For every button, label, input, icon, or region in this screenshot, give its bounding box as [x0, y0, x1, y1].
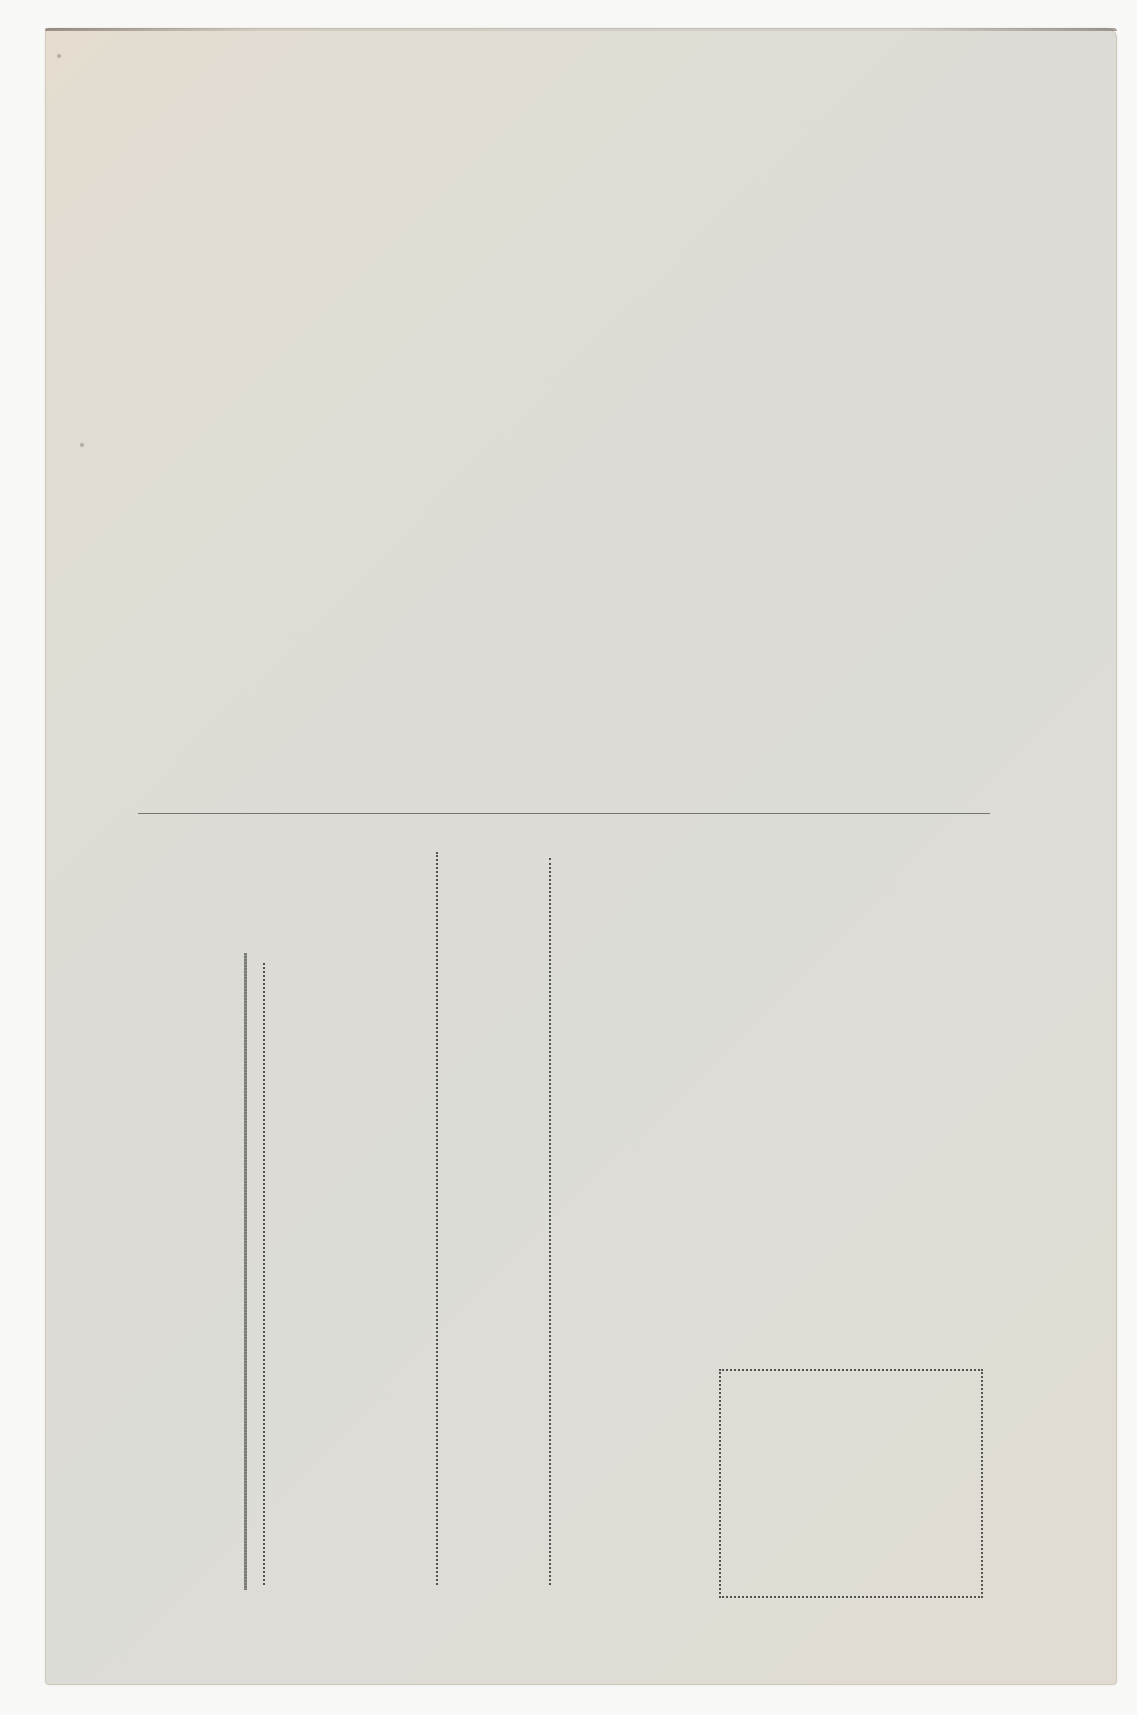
horizontal-divider-line: [138, 813, 990, 814]
address-line-1: [244, 953, 247, 1590]
address-line-4: [549, 858, 551, 1585]
paper-speck: [57, 54, 61, 58]
address-line-2: [263, 963, 265, 1585]
paper-speck: [80, 443, 84, 447]
stamp-box: [719, 1369, 983, 1598]
address-line-3: [436, 852, 438, 1585]
scan-background: [0, 0, 1137, 1715]
